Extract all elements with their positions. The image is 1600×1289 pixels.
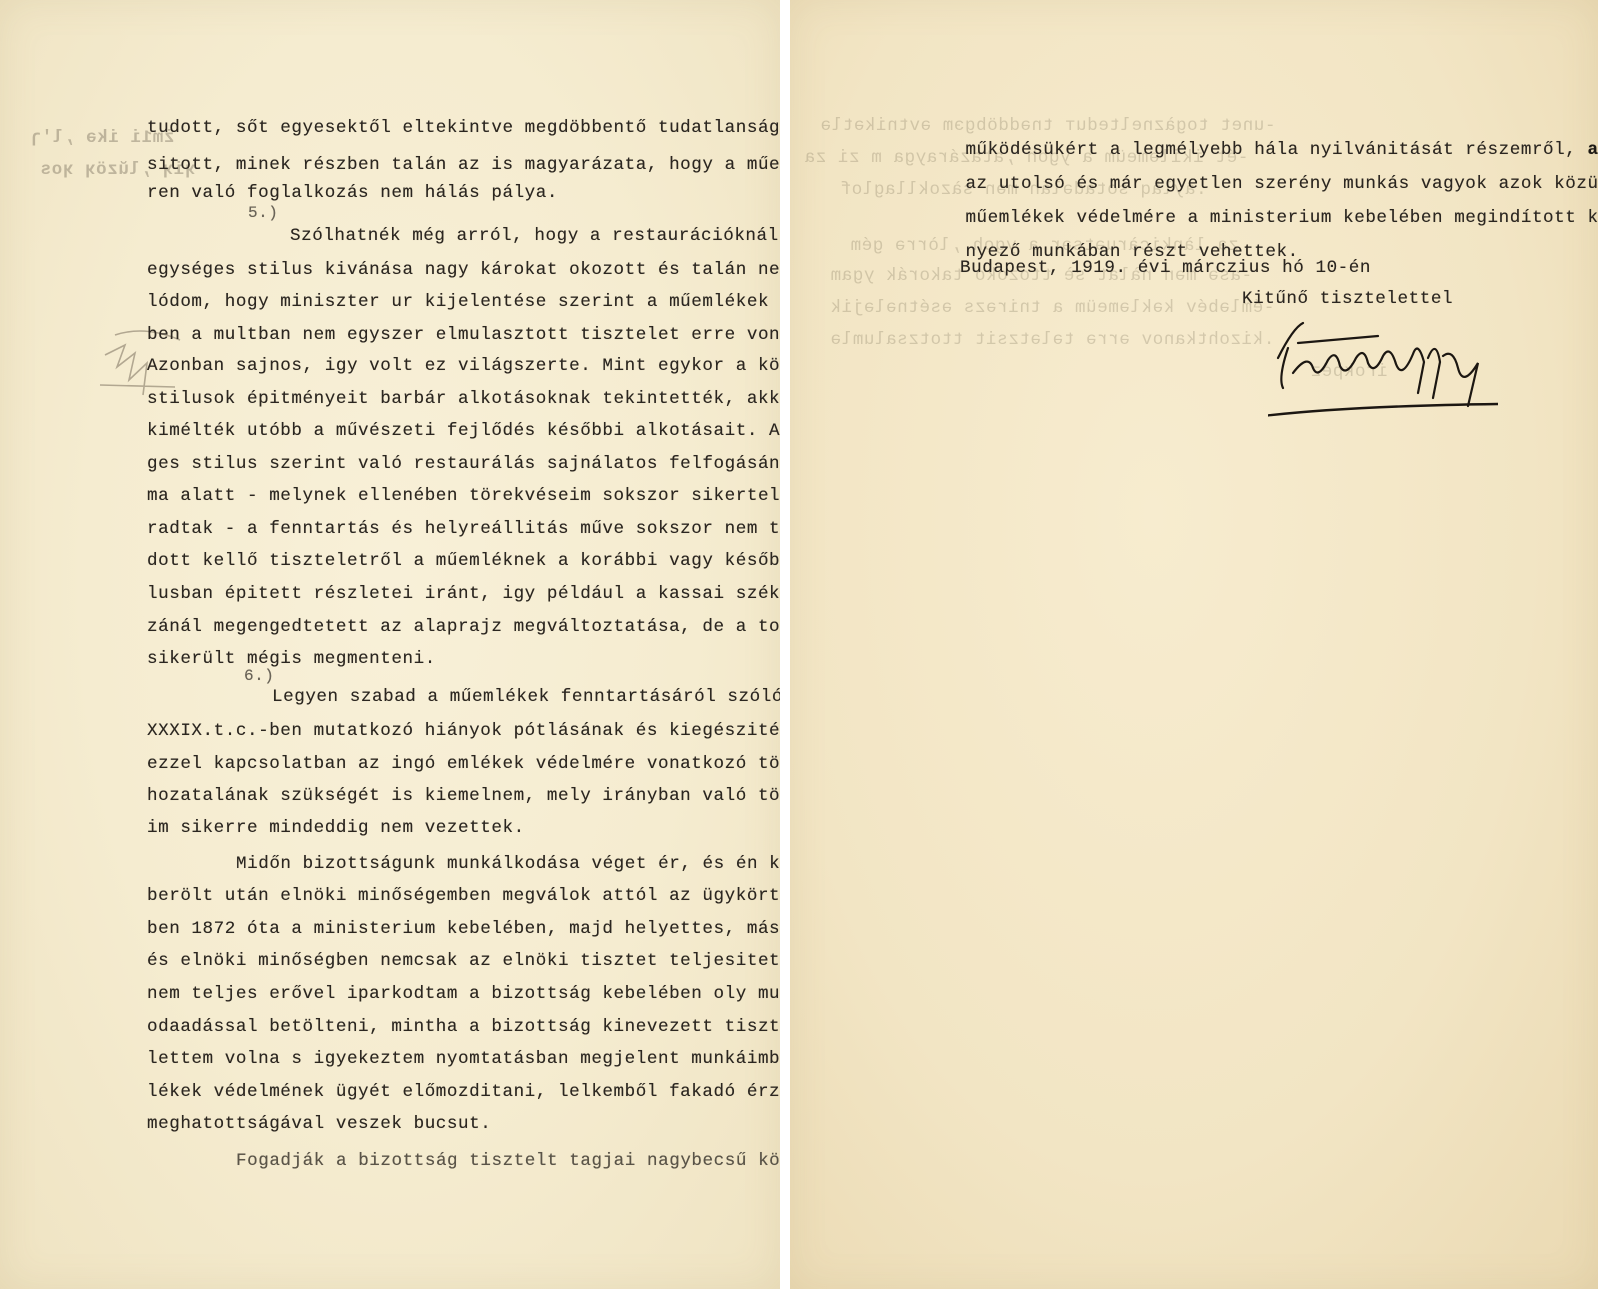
text-segment: az utolsó és már egyetlen szerény munkás… (965, 174, 1598, 194)
section-marker: 6.) (244, 668, 274, 684)
text-line: és elnöki minőségben nemcsak az elnöki t… (147, 953, 780, 971)
text-line: hozatalának szükségét is kiemelnem, mely… (147, 788, 780, 806)
text-segment: működésükért a legmélyebb hála nyilvánit… (965, 140, 1587, 160)
text-line: lettem volna s igyekeztem nyomtatásban m… (147, 1051, 780, 1069)
text-line: ma alatt - melynek ellenében törekvéseim… (147, 488, 780, 506)
handwritten-signature-icon (1268, 318, 1498, 438)
text-line: sitott, minek részben talán az is magyar… (147, 157, 780, 175)
text-line: tudott, sőt egyesektől eltekintve megdöb… (147, 120, 780, 138)
text-line: kimélték utóbb a művészeti fejlődés késő… (147, 423, 780, 441)
text-line: ben 1872 óta a ministerium kebelében, ma… (147, 921, 780, 939)
text-line: ges stilus szerint való restaurálás sajn… (147, 456, 780, 474)
text-line: meghatottságával veszek bucsut. (147, 1116, 491, 1134)
right-page: -unet togàznelteduт tnəddöbgэm əvtnikətl… (790, 0, 1598, 1289)
text-line: sikerült mégis megmenteni. (147, 651, 436, 669)
text-line: Szólhatnék még arról, hogy a restauráció… (290, 228, 780, 246)
text-line: Legyen szabad a műemlékek fenntartásáról… (272, 689, 780, 707)
text-line: lékek védelmének ügyét előmozditani, lel… (147, 1084, 780, 1102)
text-segment: műemlékek védelmére a ministerium kebelé… (965, 208, 1598, 228)
text-line: stilusok épitményeit barbár alkotásoknak… (147, 391, 780, 409)
text-line: Azonban sajnos, igy volt ez világszerte.… (147, 358, 780, 376)
text-line: XXXIX.t.c.-ben mutatkozó hiányok pótlásá… (147, 723, 780, 741)
text-line: ren való foglalkozás nem hálás pálya. (147, 185, 558, 203)
section-marker: 5.) (248, 205, 278, 221)
text-line: ezzel kapcsolatban az ingó emlékek védel… (147, 756, 780, 774)
text-line: egységes stilus kivánása nagy károkat ok… (147, 262, 780, 280)
text-line: im sikerre mindeddig nem vezettek. (147, 820, 525, 838)
closing-salutation: Kitűnő tisztelettel (1242, 291, 1453, 309)
text-line: odaadással betölteni, mintha a bizottság… (147, 1019, 780, 1037)
text-line: ben a multban nem egyszer elmulasztott t… (147, 327, 780, 345)
text-line: Fogadják a bizottság tisztelt tagjai nag… (236, 1153, 780, 1171)
text-line: Midőn bizottságunk munkálkodása véget ér… (236, 856, 780, 874)
text-line: lódom, hogy miniszter ur kijelentése sze… (147, 294, 780, 312)
text-line: radtak - a fenntartás és helyreállitás m… (147, 521, 780, 539)
left-page: żm1i ikə ,l'ɿ ʞiʞ ,lŭzöʞ ʞos tudott, sőt… (0, 0, 780, 1289)
text-line: berölt után elnöki minőségemben megválok… (147, 888, 780, 906)
bleed-through-text: .kizohtkanov ərrə tələtzsit ttotzsalumlə (830, 332, 1274, 350)
text-line: lusban épitett részletei iránt, igy péld… (147, 586, 780, 604)
bold-text-segment: aki immár (1587, 140, 1598, 160)
dateline: Budapest, 1919. évi márczius hó 10-én (960, 260, 1371, 278)
text-line: zánál megengedtetett az alaprajz megvált… (147, 619, 780, 637)
bleed-through-text: -émləbév kəkləmeüm a tnirəzs əsétnələjik (830, 300, 1274, 318)
text-line: dott kellő tiszteletről a műemléknek a k… (147, 553, 780, 571)
text-line: nem teljes erővel iparkodtam a bizottság… (147, 986, 780, 1004)
